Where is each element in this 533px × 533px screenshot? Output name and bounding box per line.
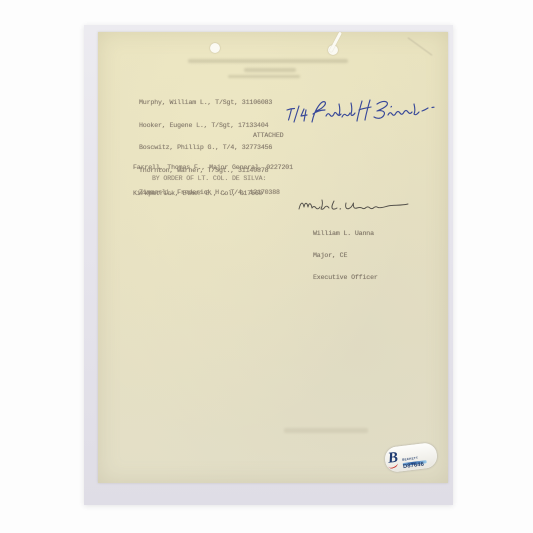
signer-title: Executive Officer bbox=[313, 274, 378, 281]
uanna-signature bbox=[296, 196, 412, 214]
roster-line: Hooker, Eugene L., T/Sgt, 17133404 bbox=[139, 122, 280, 130]
faint-letterhead-line bbox=[228, 75, 300, 78]
pencil-mark bbox=[408, 37, 433, 55]
officer-line: Farrell, Thomas F., Major General, 02272… bbox=[133, 164, 293, 173]
document-page: Murphy, William L., T/Sgt, 31106083 Hook… bbox=[98, 32, 448, 483]
signer-rank: Major, CE bbox=[313, 252, 378, 259]
attached-label: ATTACHED bbox=[253, 132, 283, 139]
photo-backing-board: Murphy, William L., T/Sgt, 31106083 Hook… bbox=[84, 25, 453, 505]
zimmerli-signature bbox=[281, 94, 439, 130]
signature-block: William L. Uanna Major, CE Executive Off… bbox=[313, 215, 378, 296]
photo-of-document: { "doc": { "roster": [ "Murphy, William … bbox=[0, 0, 533, 533]
sticker-text: BECKETT D87646 bbox=[401, 448, 434, 466]
beckett-authentication-sticker: B BECKETT D87646 bbox=[384, 442, 439, 473]
signer-name: William L. Uanna bbox=[313, 230, 378, 237]
ink-bleed-smudge bbox=[284, 428, 368, 433]
faint-letterhead-line bbox=[188, 59, 348, 63]
officer-line: Kirkpatrick, Elmer E., Col, 017660 bbox=[133, 190, 293, 199]
order-line: BY ORDER OF LT. COL. DE SILVA: bbox=[152, 175, 266, 182]
punch-hole-left bbox=[210, 43, 220, 53]
faint-letterhead-line bbox=[244, 68, 296, 72]
beckett-b-logo-icon: B bbox=[387, 449, 401, 469]
roster-line: Murphy, William L., T/Sgt, 31106083 bbox=[139, 99, 280, 107]
